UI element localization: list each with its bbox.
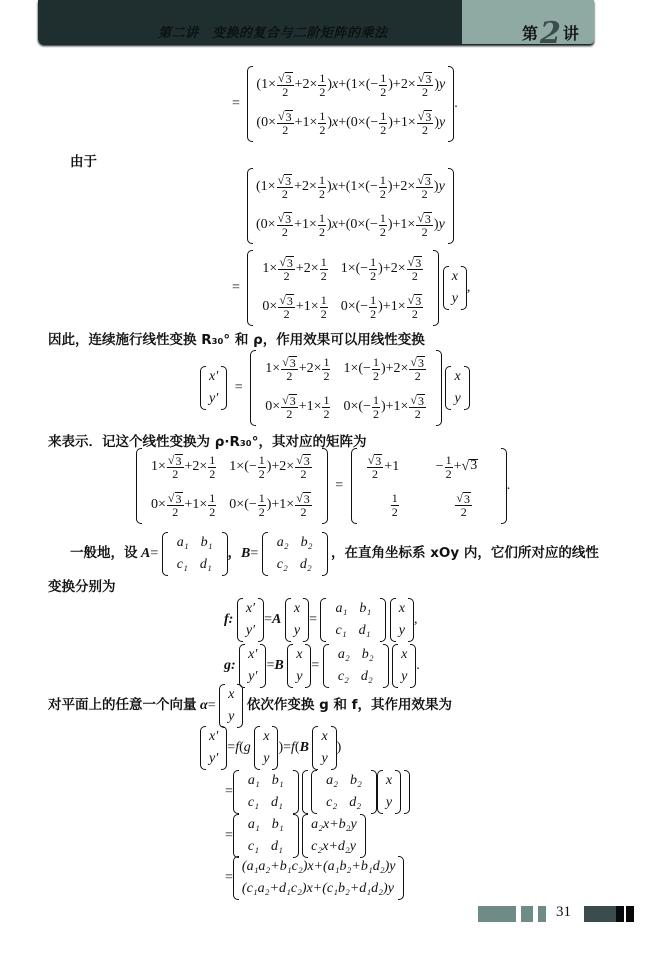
derivation-1: x′y′=f(g xy)=f(B xy) xyxy=(200,726,341,770)
footer-bar xyxy=(616,906,624,922)
badge-number: 2 xyxy=(540,16,561,51)
matrix-row: (0×√32+1×12)x+(0×(−12)+1×√32)y xyxy=(256,104,445,142)
therefore-text: 因此，连续施行线性变换 R₃₀° 和 ρ，作用效果可以用线性变换 xyxy=(48,328,425,348)
derivation-3: =a₁b₁c₁d₁ a₂x+b₂yc₂x+d₂y xyxy=(225,814,366,858)
since-label: 由于 xyxy=(70,150,97,170)
vector-statement: 对平面上的任意一个向量 α= xy 依次作变换 g 和 f，其作用效果为 xyxy=(48,684,452,728)
equation-1: = (1×√32+2×12)x+(1×(−12)+2×√32)y (0×√32+… xyxy=(228,66,458,142)
represent-text: 来表示．记这个线性变换为 ρ·R₃₀°，其对应的矩阵为 xyxy=(48,430,366,450)
general-text-2: ，在直角坐标系 xOy 内，它们所对应的线性 xyxy=(331,545,599,561)
matrix-row: (1×√32+2×12)x+(1×(−12)+2×√32)y xyxy=(256,66,445,104)
result-matrix: √32+1−12+√3 12√32 xyxy=(351,448,507,524)
matrix-b: a₂b₂c₂d₂ xyxy=(262,532,328,576)
general-text-1: 一般地，设 xyxy=(70,545,138,561)
transform-g: g: x′y′=B xy= a₂b₂c₂d₂ xy. xyxy=(224,644,420,688)
chapter-badge-text: 第2讲 xyxy=(522,12,579,47)
general-statement: 一般地，设 A= a₁b₁c₁d₁，B= a₂b₂c₂d₂ ，在直角坐标系 xO… xyxy=(70,532,599,576)
footer-bar xyxy=(521,906,533,922)
footer-bar xyxy=(478,906,516,922)
equation-2-bottom: = 1×√32+2×121×(−12)+2×√32 0×√32+1×120×(−… xyxy=(228,250,470,326)
derivation-2: =a₁b₁c₁d₁ a₂b₂c₂d₂ xy xyxy=(225,770,410,814)
column-matrix: (1×√32+2×12)x+(1×(−12)+2×√32)y (0×√32+1×… xyxy=(247,66,454,142)
footer-bar xyxy=(538,906,546,922)
derivation-4: =(a₁a₂+b₁c₂)x+(a₁b₂+b₁d₂)y(c₁a₂+d₁c₂)x+(… xyxy=(225,856,404,900)
general-text-3: 变换分别为 xyxy=(48,575,116,595)
badge-prefix: 第 xyxy=(522,24,538,43)
transform-f: f: x′y′=A xy= a₁b₁c₁d₁ xy, xyxy=(224,598,417,642)
badge-suffix: 讲 xyxy=(563,24,579,43)
footer-bar xyxy=(584,906,616,922)
equation-2-top: (1×√32+2×12)x+(1×(−12)+2×√32)y (0×√32+1×… xyxy=(247,168,454,244)
page-number: 31 xyxy=(556,904,571,921)
equation-3: x′y′ = 1×√32+2×121×(−12)+2×√32 0×√32+1×1… xyxy=(200,350,470,426)
chapter-title: 第二讲 变换的复合与二阶矩阵的乘法 xyxy=(158,22,388,41)
chapter-badge: 第2讲 xyxy=(462,0,594,44)
equation-4: 1×√32+2×121×(−12)+2×√32 0×√32+1×120×(−12… xyxy=(136,448,510,524)
vector-text-2: 依次作变换 g 和 f，其作用效果为 xyxy=(247,697,452,713)
matrix-a: a₁b₁c₁d₁ xyxy=(162,532,228,576)
vector-text-1: 对平面上的任意一个向量 xyxy=(48,697,197,713)
footer-bar xyxy=(626,906,634,922)
